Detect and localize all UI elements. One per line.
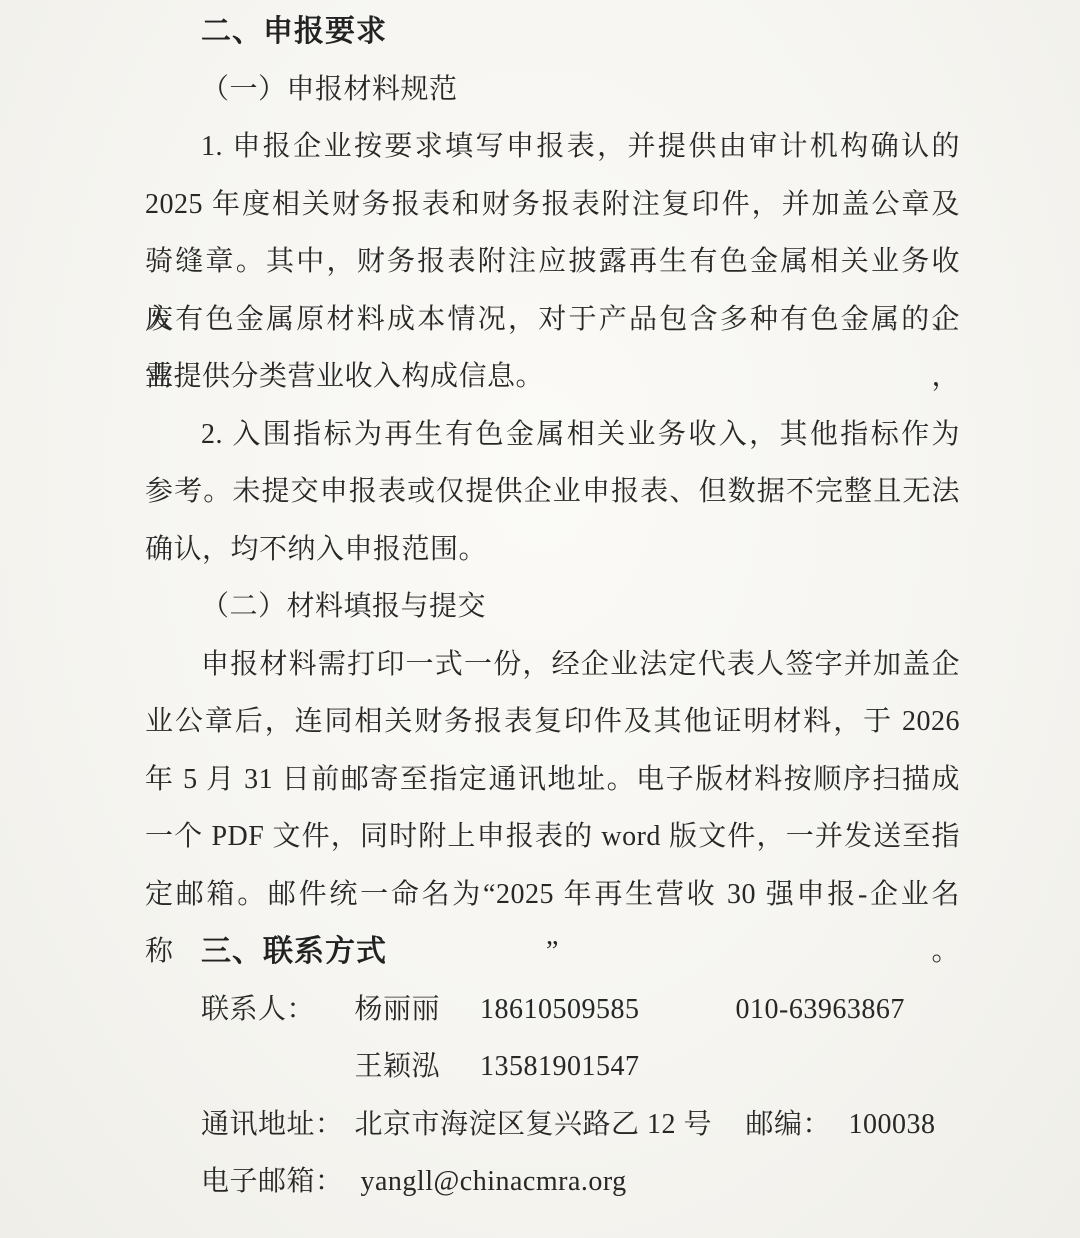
para3-line-2: 业公章后，连同相关财务报表复印件及其他证明材料，于 2026 [145, 693, 960, 751]
address-row: 通讯地址： 北京市海淀区复兴路乙 12 号 邮编： 100038 [145, 1096, 960, 1154]
contact-person-label: 联系人： [201, 981, 347, 1039]
para1-line-1: 1. 申报企业按要求填写申报表，并提供由审计机构确认的 [145, 118, 960, 176]
para2-line-3: 确认，均不纳入申报范围。 [145, 521, 960, 579]
para1-line-4: 废有色金属原材料成本情况，对于产品包含多种有色金属的企业， [145, 291, 960, 349]
zip-value: 100038 [849, 1109, 936, 1140]
contact-name-2: 王颖泓 [355, 1038, 473, 1096]
zip-label: 邮编： [746, 1109, 832, 1140]
para1-line-2: 2025 年度相关财务报表和财务报表附注复印件，并加盖公章及 [145, 176, 960, 234]
contact-row-1: 联系人： 杨丽丽 18610509585 010-63963867 [145, 981, 960, 1039]
contact-mobile-1: 18610509585 [480, 981, 728, 1039]
heading-application-requirements: 二、申报要求 [145, 3, 960, 61]
address-label: 通讯地址： [201, 1096, 347, 1154]
contact-mobile-2: 13581901547 [480, 1038, 728, 1096]
para2-line-1: 2. 入围指标为再生有色金属相关业务收入，其他指标作为 [145, 406, 960, 464]
contact-landline-1: 010-63963867 [736, 981, 905, 1039]
document-page: 二、申报要求 （一）申报材料规范 1. 申报企业按要求填写申报表，并提供由审计机… [0, 0, 1080, 1238]
para3-line-4: 一个 PDF 文件，同时附上申报表的 word 版文件，一并发送至指 [145, 808, 960, 866]
subheading-material-specs: （一）申报材料规范 [145, 61, 960, 119]
para3-line-3: 年 5 月 31 日前邮寄至指定通讯地址。电子版材料按顺序扫描成 [145, 751, 960, 809]
subheading-material-submission: （二）材料填报与提交 [145, 578, 960, 636]
para1-line-3: 骑缝章。其中，财务报表附注应披露再生有色金属相关业务收入、 [145, 233, 960, 291]
para2-line-2: 参考。未提交申报表或仅提供企业申报表、但数据不完整且无法 [145, 463, 960, 521]
para3-line-1: 申报材料需打印一式一份，经企业法定代表人签字并加盖企 [145, 636, 960, 694]
email-label: 电子邮箱： [201, 1153, 347, 1211]
email-row: 电子邮箱： yangll@chinacmra.org [145, 1153, 960, 1211]
contact-row-2: 王颖泓 13581901547 [145, 1038, 960, 1096]
para3-line-5: 定邮箱。邮件统一命名为“2025 年再生营收 30 强申报-企业名称”。 [145, 866, 960, 924]
email-value: yangll@chinacmra.org [361, 1166, 627, 1197]
contact-name-1: 杨丽丽 [355, 981, 473, 1039]
address-value: 北京市海淀区复兴路乙 12 号 [355, 1109, 713, 1140]
